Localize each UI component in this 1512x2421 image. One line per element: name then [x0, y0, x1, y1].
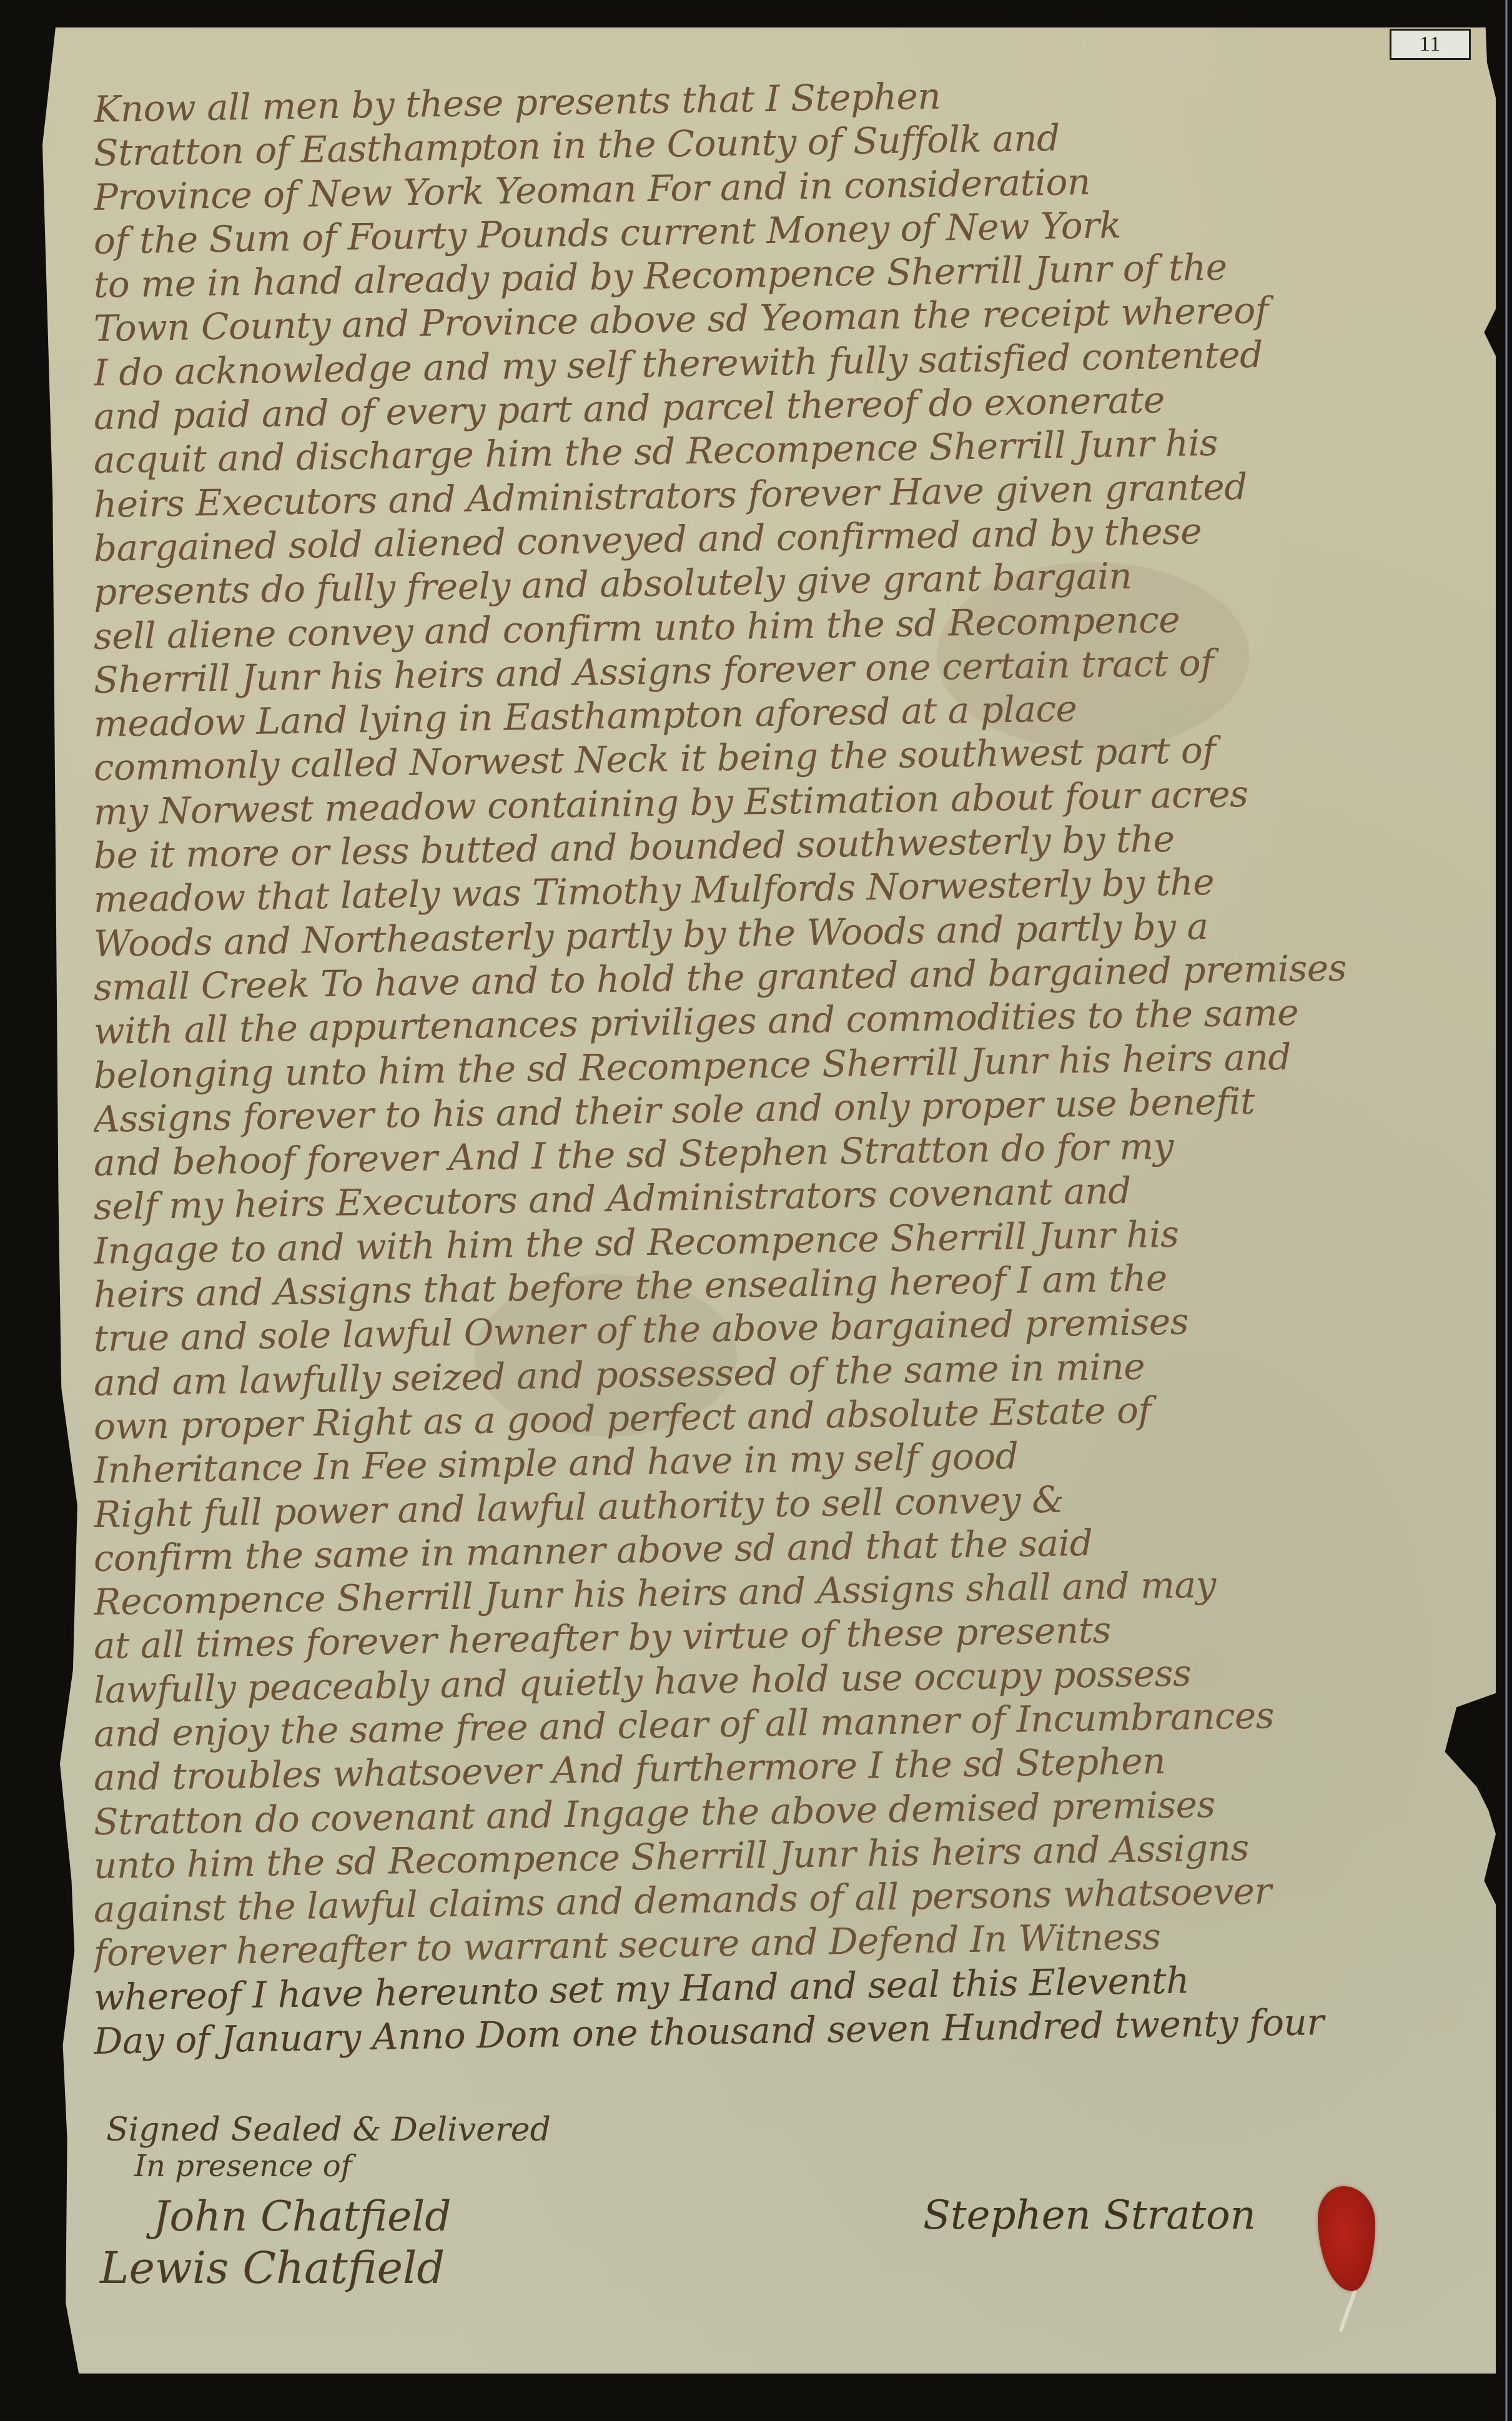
grantor-signature: Stephen Straton: [923, 2192, 1256, 2239]
page-number-label: 11: [1390, 29, 1471, 60]
witness-signature: John Chatfield: [153, 2192, 452, 2240]
page-number: 11: [1420, 32, 1441, 56]
in-presence-of: In presence of: [134, 2149, 352, 2184]
frame-edge: [1505, 0, 1508, 2421]
deed-body: Know all men by these presents that I St…: [94, 87, 1493, 2063]
witness-signature: Lewis Chatfield: [100, 2242, 445, 2294]
signed-sealed-delivered: Signed Sealed & Delivered: [106, 2111, 551, 2149]
